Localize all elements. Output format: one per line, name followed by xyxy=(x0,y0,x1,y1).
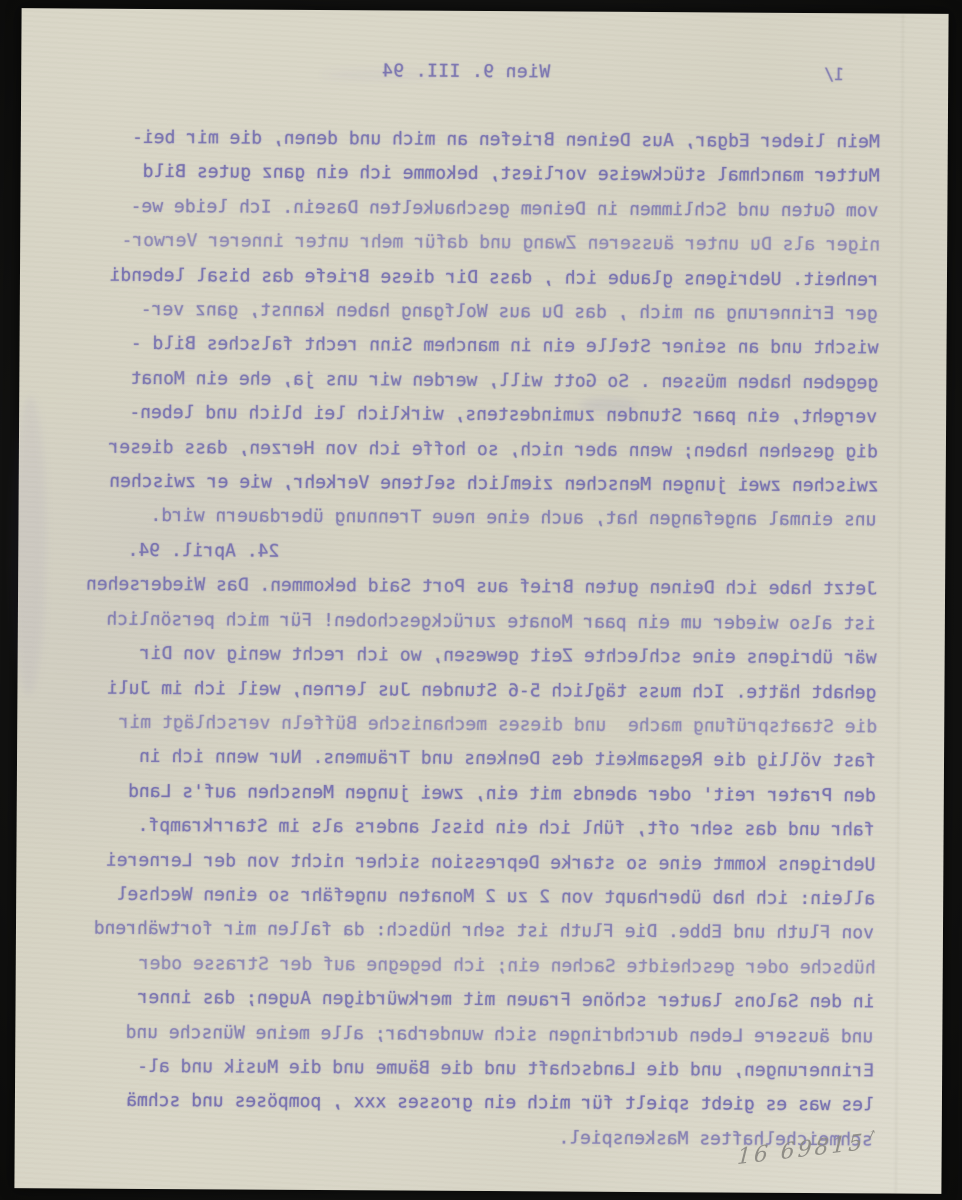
typed-line: renheit. Uebrigens glaube ich , dass Dir… xyxy=(30,258,879,298)
typed-line: 24. April. 94. xyxy=(28,533,279,569)
typed-line: von Fluth und Ebbe. Die Fluth ist sehr h… xyxy=(25,912,874,952)
typed-line: Mutter manchmal stückweise vorliest, bek… xyxy=(31,155,880,195)
typed-line: den Prater reit' oder abends mit ein, zw… xyxy=(27,774,876,814)
typed-line: niger als Du unter äusseren Zwang und da… xyxy=(31,223,880,263)
typed-line: les was es giebt spielt für mich ein gro… xyxy=(25,1084,874,1124)
page-number: 1/ xyxy=(824,65,845,85)
typed-line: vergeht, ein paar Stunden zumindestens, … xyxy=(28,395,877,435)
typed-line: vom Guten und Schlimmen in Deinem gescha… xyxy=(29,189,878,229)
typed-line: allein: ich hab überhaupt von 2 zu 2 Mon… xyxy=(26,877,875,917)
typed-line: Jetzt habe ich Deinen guten Brief aus Po… xyxy=(28,568,877,608)
typed-line: Erinnerungen, und die Landschaft und die… xyxy=(25,1049,874,1089)
typed-line: fahr und das sehr oft, fühl ich ein biss… xyxy=(26,808,875,848)
typed-line: und äussere Leben durchdringen sich wund… xyxy=(24,1015,873,1055)
typed-line: ger Erinnerung an mich , das Du aus Wolf… xyxy=(29,292,878,332)
typed-line: die Staatsprüfung mache und dieses mecha… xyxy=(28,705,877,745)
typed-line: Mein lieber Edgar, Aus Deinen Briefen an… xyxy=(31,120,880,160)
dateline: Wien 9. III. 94 xyxy=(382,60,551,82)
letter-page: 1/ Wien 9. III. 94 Mein lieber Edgar, Au… xyxy=(14,8,948,1194)
typed-line: zwischen zwei jungen Menschen ziemlich s… xyxy=(30,464,879,504)
typed-line: Uebrigens kommt eine so starke Depressio… xyxy=(26,843,875,883)
typed-line: hübsche oder gescheidte Sachen ein; ich … xyxy=(27,946,876,986)
typed-line: gegeben haben müssen . So Gott will, wer… xyxy=(29,361,878,401)
typed-line: uns einmal angefangen hat, auch eine neu… xyxy=(27,499,876,539)
letter-body: Mein lieber Edgar, Aus Deinen Briefen an… xyxy=(25,120,880,1157)
typed-line: dig gesehen haben; wenn aber nich, so ho… xyxy=(29,430,878,470)
typed-line: wischt und an seiner Stelle ein in manch… xyxy=(29,327,878,367)
typed-line: in den Salons lauter schöne Frauen mit m… xyxy=(25,980,874,1020)
typed-line: gehabt hätte. Ich muss täglich 5-6 Stund… xyxy=(27,671,876,711)
typed-line: wär übrigens eine schlechte Zeit gewesen… xyxy=(28,636,877,676)
typed-line: fast völlig die Regsamkeit des Denkens u… xyxy=(27,740,876,780)
mirrored-ink-layer: 1/ Wien 9. III. 94 Mein lieber Edgar, Au… xyxy=(14,8,948,1194)
typed-line: ist also wieder um ein paar Monate zurüc… xyxy=(27,602,876,642)
